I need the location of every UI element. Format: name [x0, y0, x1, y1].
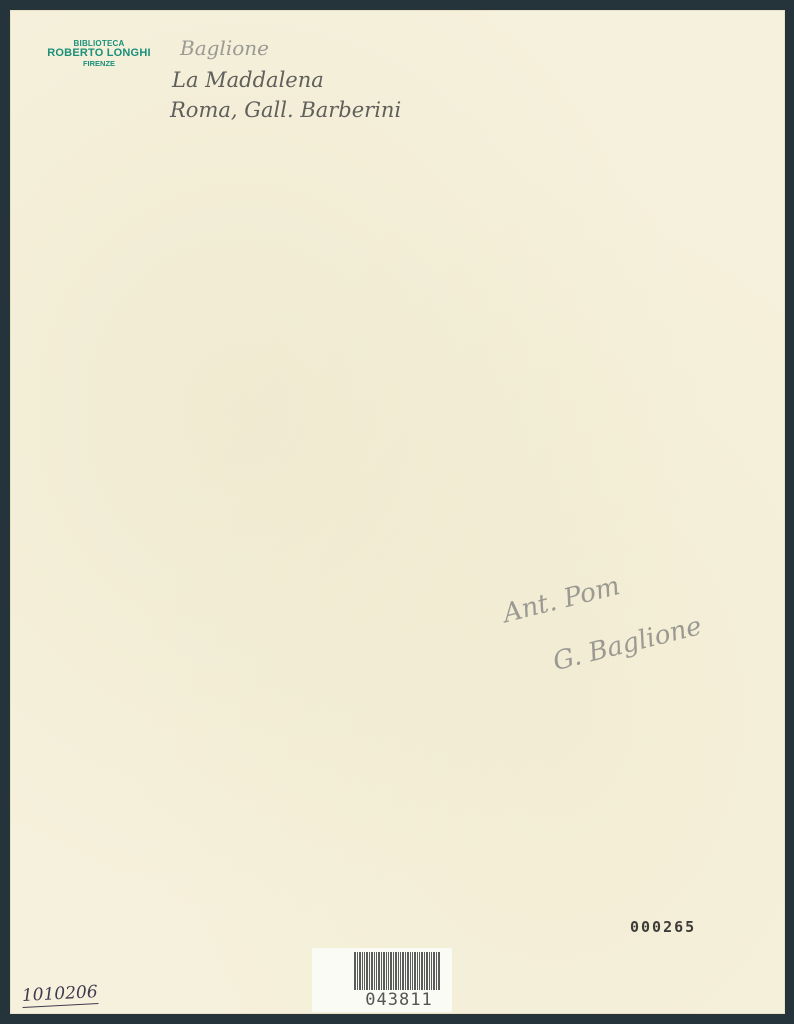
- barcode-icon: [354, 952, 442, 990]
- stamp-line-3: FIRENZE: [44, 60, 154, 68]
- handwritten-title: La Maddalena: [172, 68, 324, 92]
- serial-number: 000265: [630, 918, 696, 936]
- handwritten-artist: Baglione: [180, 36, 269, 60]
- handwritten-location: Roma, Gall. Barberini: [170, 98, 401, 122]
- barcode-label: 043811: [312, 948, 452, 1012]
- inventory-number: 1010206: [21, 982, 98, 1008]
- library-stamp: BIBLIOTECA ROBERTO LONGHI FIRENZE: [44, 40, 154, 68]
- barcode-number: 043811: [352, 990, 446, 1010]
- photo-back-sheet: [10, 10, 785, 1014]
